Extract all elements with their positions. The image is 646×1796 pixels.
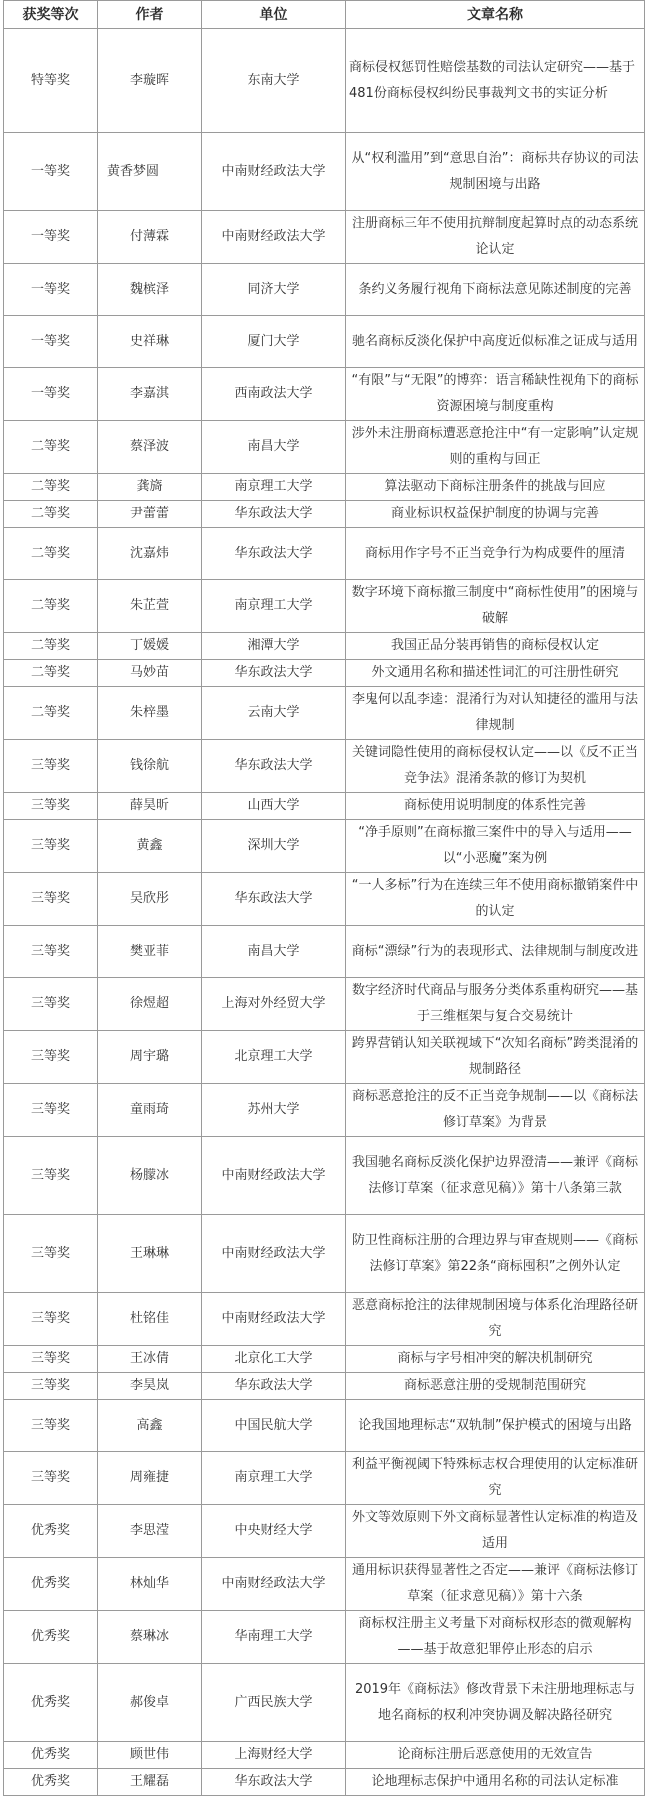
article-title-cell: 论商标注册后恶意使用的无效宣告: [346, 1742, 645, 1769]
table-row: 优秀奖林灿华中南财经政法大学通用标识获得显著性之否定——兼评《商标法修订草案（征…: [4, 1558, 645, 1611]
article-title-cell: 商标使用说明制度的体系性完善: [346, 793, 645, 820]
article-title-cell: 商标恶意注册的受规制范围研究: [346, 1373, 645, 1400]
award-level-cell: 三等奖: [4, 1215, 98, 1293]
author-cell: 王琳琳: [98, 1215, 202, 1293]
author-cell: 杨朦冰: [98, 1137, 202, 1215]
author-cell: 童雨琦: [98, 1084, 202, 1137]
unit-cell: 南昌大学: [202, 926, 346, 978]
author-cell: 蔡琳冰: [98, 1611, 202, 1664]
unit-cell: 中国民航大学: [202, 1400, 346, 1452]
unit-cell: 南京理工大学: [202, 580, 346, 633]
table-row: 二等奖沈嘉炜华东政法大学商标用作字号不正当竞争行为构成要件的厘清: [4, 528, 645, 580]
unit-cell: 中南财经政法大学: [202, 1137, 346, 1215]
table-row: 优秀奖蔡琳冰华南理工大学商标权注册主义考量下对商标权形态的微观解构——基于故意犯…: [4, 1611, 645, 1664]
author-cell: 周雍捷: [98, 1452, 202, 1505]
article-title-cell: 我国驰名商标反淡化保护边界澄清——兼评《商标法修订草案（征求意见稿）》第十八条第…: [346, 1137, 645, 1215]
article-title-cell: “净手原则”在商标撤三案件中的导入与适用——以“小恶魔”案为例: [346, 820, 645, 873]
article-title-cell: 跨界营销认知关联视域下“次知名商标”跨类混淆的规制路径: [346, 1031, 645, 1084]
author-cell: 蔡泽波: [98, 421, 202, 474]
award-level-cell: 二等奖: [4, 421, 98, 474]
table-row: 二等奖蔡泽波南昌大学涉外未注册商标遭恶意抢注中“有一定影响”认定规则的重构与回正: [4, 421, 645, 474]
unit-cell: 西南政法大学: [202, 368, 346, 421]
article-title-cell: 外文通用名称和描述性词汇的可注册性研究: [346, 660, 645, 687]
award-level-cell: 二等奖: [4, 687, 98, 740]
unit-cell: 华东政法大学: [202, 1373, 346, 1400]
unit-cell: 上海对外经贸大学: [202, 978, 346, 1031]
awards-table-container: 获奖等次 作者 单位 文章名称 特等奖李璇晖东南大学商标侵权惩罚性赔偿基数的司法…: [3, 0, 644, 1784]
table-row: 二等奖朱芷萱南京理工大学数字环境下商标撤三制度中“商标性使用”的困境与破解: [4, 580, 645, 633]
unit-cell: 中南财经政法大学: [202, 1293, 346, 1346]
unit-cell: 中南财经政法大学: [202, 1558, 346, 1611]
table-row: 三等奖李昊岚华东政法大学商标恶意注册的受规制范围研究: [4, 1373, 645, 1400]
author-cell: 黄香梦圆: [98, 133, 202, 211]
author-cell: 魏槟泽: [98, 264, 202, 316]
article-title-cell: 数字环境下商标撤三制度中“商标性使用”的困境与破解: [346, 580, 645, 633]
article-title-cell: 商标权注册主义考量下对商标权形态的微观解构——基于故意犯罪停止形态的启示: [346, 1611, 645, 1664]
table-row: 三等奖杨朦冰中南财经政法大学我国驰名商标反淡化保护边界澄清——兼评《商标法修订草…: [4, 1137, 645, 1215]
author-cell: 王耀磊: [98, 1769, 202, 1785]
unit-cell: 中央财经大学: [202, 1505, 346, 1558]
award-level-cell: 三等奖: [4, 1031, 98, 1084]
author-cell: 薛昊昕: [98, 793, 202, 820]
article-title-cell: 商标“漂绿”行为的表现形式、法律规制与制度改进: [346, 926, 645, 978]
article-title-cell: 关键词隐性使用的商标侵权认定——以《反不正当竞争法》混淆条款的修订为契机: [346, 740, 645, 793]
table-row: 三等奖王琳琳中南财经政法大学防卫性商标注册的合理边界与审查规则——《商标法修订草…: [4, 1215, 645, 1293]
article-title-cell: “一人多标”行为在连续三年不使用商标撤销案件中的认定: [346, 873, 645, 926]
table-row: 二等奖丁媛媛湘潭大学我国正品分装再销售的商标侵权认定: [4, 633, 645, 660]
article-title-cell: 恶意商标抢注的法律规制困境与体系化治理路径研究: [346, 1293, 645, 1346]
unit-cell: 湘潭大学: [202, 633, 346, 660]
award-level-cell: 三等奖: [4, 873, 98, 926]
award-level-cell: 一等奖: [4, 211, 98, 264]
author-cell: 黄鑫: [98, 820, 202, 873]
award-level-cell: 三等奖: [4, 1373, 98, 1400]
unit-cell: 中南财经政法大学: [202, 133, 346, 211]
author-cell: 樊亚菲: [98, 926, 202, 978]
article-title-cell: 2019年《商标法》修改背景下未注册地理标志与地名商标的权利冲突协调及解决路径研…: [346, 1664, 645, 1742]
unit-cell: 东南大学: [202, 29, 346, 133]
award-level-cell: 三等奖: [4, 1137, 98, 1215]
award-level-cell: 三等奖: [4, 1346, 98, 1373]
award-level-cell: 优秀奖: [4, 1664, 98, 1742]
award-level-cell: 特等奖: [4, 29, 98, 133]
award-level-cell: 三等奖: [4, 1400, 98, 1452]
article-title-cell: 商业标识权益保护制度的协调与完善: [346, 501, 645, 528]
unit-cell: 中南财经政法大学: [202, 1215, 346, 1293]
unit-cell: 广西民族大学: [202, 1664, 346, 1742]
table-row: 三等奖杜铭佳中南财经政法大学恶意商标抢注的法律规制困境与体系化治理路径研究: [4, 1293, 645, 1346]
article-title-cell: 驰名商标反淡化保护中高度近似标准之证成与适用: [346, 316, 645, 368]
article-title-cell: 条约义务履行视角下商标法意见陈述制度的完善: [346, 264, 645, 316]
award-level-cell: 二等奖: [4, 660, 98, 687]
unit-cell: 同济大学: [202, 264, 346, 316]
table-header-row: 获奖等次 作者 单位 文章名称: [4, 1, 645, 29]
award-level-cell: 一等奖: [4, 368, 98, 421]
header-author: 作者: [98, 1, 202, 29]
table-row: 三等奖钱徐航华东政法大学关键词隐性使用的商标侵权认定——以《反不正当竞争法》混淆…: [4, 740, 645, 793]
unit-cell: 云南大学: [202, 687, 346, 740]
author-cell: 沈嘉炜: [98, 528, 202, 580]
unit-cell: 中南财经政法大学: [202, 211, 346, 264]
table-row: 优秀奖李思滢中央财经大学外文等效原则下外文商标显著性认定标准的构造及适用: [4, 1505, 645, 1558]
author-cell: 顾世伟: [98, 1742, 202, 1769]
article-title-cell: 商标用作字号不正当竞争行为构成要件的厘清: [346, 528, 645, 580]
article-title-cell: 商标恶意抢注的反不正当竞争规制——以《商标法修订草案》为背景: [346, 1084, 645, 1137]
award-level-cell: 一等奖: [4, 133, 98, 211]
award-level-cell: 三等奖: [4, 1452, 98, 1505]
author-cell: 吴欣彤: [98, 873, 202, 926]
article-title-cell: 我国正品分装再销售的商标侵权认定: [346, 633, 645, 660]
award-level-cell: 三等奖: [4, 793, 98, 820]
author-cell: 李嘉淇: [98, 368, 202, 421]
table-row: 二等奖朱梓墨云南大学李鬼何以乱李逵：混淆行为对认知捷径的滥用与法律规制: [4, 687, 645, 740]
table-row: 三等奖吴欣彤华东政法大学“一人多标”行为在连续三年不使用商标撤销案件中的认定: [4, 873, 645, 926]
author-cell: 王冰倩: [98, 1346, 202, 1373]
unit-cell: 上海财经大学: [202, 1742, 346, 1769]
table-row: 三等奖黄鑫深圳大学“净手原则”在商标撤三案件中的导入与适用——以“小恶魔”案为例: [4, 820, 645, 873]
table-row: 优秀奖顾世伟上海财经大学论商标注册后恶意使用的无效宣告: [4, 1742, 645, 1769]
author-cell: 李昊岚: [98, 1373, 202, 1400]
unit-cell: 苏州大学: [202, 1084, 346, 1137]
author-cell: 付薄霖: [98, 211, 202, 264]
award-level-cell: 二等奖: [4, 501, 98, 528]
table-row: 三等奖徐煜超上海对外经贸大学数字经济时代商品与服务分类体系重构研究——基于三维框…: [4, 978, 645, 1031]
article-title-cell: 涉外未注册商标遭恶意抢注中“有一定影响”认定规则的重构与回正: [346, 421, 645, 474]
table-row: 一等奖黄香梦圆中南财经政法大学从“权利滥用”到“意思自治”：商标共存协议的司法规…: [4, 133, 645, 211]
article-title-cell: 数字经济时代商品与服务分类体系重构研究——基于三维框架与复合交易统计: [346, 978, 645, 1031]
table-row: 三等奖高鑫中国民航大学论我国地理标志“双轨制”保护模式的困境与出路: [4, 1400, 645, 1452]
article-title-cell: 防卫性商标注册的合理边界与审查规则——《商标法修订草案》第22条“商标囤积”之例…: [346, 1215, 645, 1293]
table-body: 特等奖李璇晖东南大学商标侵权惩罚性赔偿基数的司法认定研究——基于481份商标侵权…: [4, 29, 645, 1785]
table-row: 一等奖史祥琳厦门大学驰名商标反淡化保护中高度近似标准之证成与适用: [4, 316, 645, 368]
table-row: 一等奖付薄霖中南财经政法大学注册商标三年不使用抗辩制度起算时点的动态系统论认定: [4, 211, 645, 264]
award-level-cell: 优秀奖: [4, 1611, 98, 1664]
award-level-cell: 三等奖: [4, 740, 98, 793]
unit-cell: 华东政法大学: [202, 501, 346, 528]
author-cell: 钱徐航: [98, 740, 202, 793]
author-cell: 史祥琳: [98, 316, 202, 368]
article-title-cell: 论地理标志保护中通用名称的司法认定标准: [346, 1769, 645, 1785]
article-title-cell: 外文等效原则下外文商标显著性认定标准的构造及适用: [346, 1505, 645, 1558]
table-row: 三等奖王冰倩北京化工大学商标与字号相冲突的解决机制研究: [4, 1346, 645, 1373]
unit-cell: 华东政法大学: [202, 528, 346, 580]
award-level-cell: 三等奖: [4, 1293, 98, 1346]
award-level-cell: 三等奖: [4, 820, 98, 873]
unit-cell: 南昌大学: [202, 421, 346, 474]
article-title-cell: 论我国地理标志“双轨制”保护模式的困境与出路: [346, 1400, 645, 1452]
unit-cell: 华东政法大学: [202, 740, 346, 793]
unit-cell: 南京理工大学: [202, 1452, 346, 1505]
table-row: 三等奖樊亚菲南昌大学商标“漂绿”行为的表现形式、法律规制与制度改进: [4, 926, 645, 978]
award-level-cell: 优秀奖: [4, 1742, 98, 1769]
author-cell: 马妙苗: [98, 660, 202, 687]
author-cell: 丁媛媛: [98, 633, 202, 660]
unit-cell: 山西大学: [202, 793, 346, 820]
author-cell: 朱梓墨: [98, 687, 202, 740]
award-level-cell: 二等奖: [4, 474, 98, 501]
award-level-cell: 优秀奖: [4, 1769, 98, 1785]
award-level-cell: 优秀奖: [4, 1505, 98, 1558]
author-cell: 杜铭佳: [98, 1293, 202, 1346]
table-row: 优秀奖王耀磊华东政法大学论地理标志保护中通用名称的司法认定标准: [4, 1769, 645, 1785]
award-level-cell: 三等奖: [4, 926, 98, 978]
author-cell: 林灿华: [98, 1558, 202, 1611]
unit-cell: 华东政法大学: [202, 1769, 346, 1785]
award-level-cell: 二等奖: [4, 580, 98, 633]
unit-cell: 北京化工大学: [202, 1346, 346, 1373]
unit-cell: 华南理工大学: [202, 1611, 346, 1664]
table-row: 三等奖薛昊昕山西大学商标使用说明制度的体系性完善: [4, 793, 645, 820]
table-row: 优秀奖郝俊卓广西民族大学2019年《商标法》修改背景下未注册地理标志与地名商标的…: [4, 1664, 645, 1742]
table-row: 二等奖尹蕾蕾华东政法大学商业标识权益保护制度的协调与完善: [4, 501, 645, 528]
author-cell: 朱芷萱: [98, 580, 202, 633]
unit-cell: 厦门大学: [202, 316, 346, 368]
author-cell: 周宇璐: [98, 1031, 202, 1084]
table-row: 三等奖周宇璐北京理工大学跨界营销认知关联视域下“次知名商标”跨类混淆的规制路径: [4, 1031, 645, 1084]
award-level-cell: 三等奖: [4, 1084, 98, 1137]
table-row: 二等奖龚旖南京理工大学算法驱动下商标注册条件的挑战与回应: [4, 474, 645, 501]
article-title-cell: “有限”与“无限”的博弈：语言稀缺性视角下的商标资源困境与制度重构: [346, 368, 645, 421]
article-title-cell: 算法驱动下商标注册条件的挑战与回应: [346, 474, 645, 501]
unit-cell: 华东政法大学: [202, 660, 346, 687]
header-article-title: 文章名称: [346, 1, 645, 29]
article-title-cell: 注册商标三年不使用抗辩制度起算时点的动态系统论认定: [346, 211, 645, 264]
author-cell: 李思滢: [98, 1505, 202, 1558]
article-title-cell: 商标侵权惩罚性赔偿基数的司法认定研究——基于481份商标侵权纠纷民事裁判文书的实…: [346, 29, 645, 133]
award-level-cell: 一等奖: [4, 316, 98, 368]
article-title-cell: 利益平衡视阈下特殊标志权合理使用的认定标准研究: [346, 1452, 645, 1505]
author-cell: 尹蕾蕾: [98, 501, 202, 528]
author-cell: 郝俊卓: [98, 1664, 202, 1742]
header-award-level: 获奖等次: [4, 1, 98, 29]
table-row: 二等奖马妙苗华东政法大学外文通用名称和描述性词汇的可注册性研究: [4, 660, 645, 687]
article-title-cell: 通用标识获得显著性之否定——兼评《商标法修订草案（征求意见稿）》第十六条: [346, 1558, 645, 1611]
article-title-cell: 商标与字号相冲突的解决机制研究: [346, 1346, 645, 1373]
unit-cell: 华东政法大学: [202, 873, 346, 926]
award-level-cell: 二等奖: [4, 528, 98, 580]
awards-table: 获奖等次 作者 单位 文章名称 特等奖李璇晖东南大学商标侵权惩罚性赔偿基数的司法…: [3, 0, 645, 1784]
unit-cell: 北京理工大学: [202, 1031, 346, 1084]
table-row: 一等奖魏槟泽同济大学条约义务履行视角下商标法意见陈述制度的完善: [4, 264, 645, 316]
author-cell: 徐煜超: [98, 978, 202, 1031]
table-row: 三等奖周雍捷南京理工大学利益平衡视阈下特殊标志权合理使用的认定标准研究: [4, 1452, 645, 1505]
table-row: 一等奖李嘉淇西南政法大学“有限”与“无限”的博弈：语言稀缺性视角下的商标资源困境…: [4, 368, 645, 421]
author-cell: 李璇晖: [98, 29, 202, 133]
article-title-cell: 李鬼何以乱李逵：混淆行为对认知捷径的滥用与法律规制: [346, 687, 645, 740]
author-cell: 高鑫: [98, 1400, 202, 1452]
award-level-cell: 三等奖: [4, 978, 98, 1031]
award-level-cell: 二等奖: [4, 633, 98, 660]
unit-cell: 深圳大学: [202, 820, 346, 873]
award-level-cell: 一等奖: [4, 264, 98, 316]
article-title-cell: 从“权利滥用”到“意思自治”：商标共存协议的司法规制困境与出路: [346, 133, 645, 211]
author-cell: 龚旖: [98, 474, 202, 501]
header-unit: 单位: [202, 1, 346, 29]
award-level-cell: 优秀奖: [4, 1558, 98, 1611]
table-row: 三等奖童雨琦苏州大学商标恶意抢注的反不正当竞争规制——以《商标法修订草案》为背景: [4, 1084, 645, 1137]
unit-cell: 南京理工大学: [202, 474, 346, 501]
table-row: 特等奖李璇晖东南大学商标侵权惩罚性赔偿基数的司法认定研究——基于481份商标侵权…: [4, 29, 645, 133]
